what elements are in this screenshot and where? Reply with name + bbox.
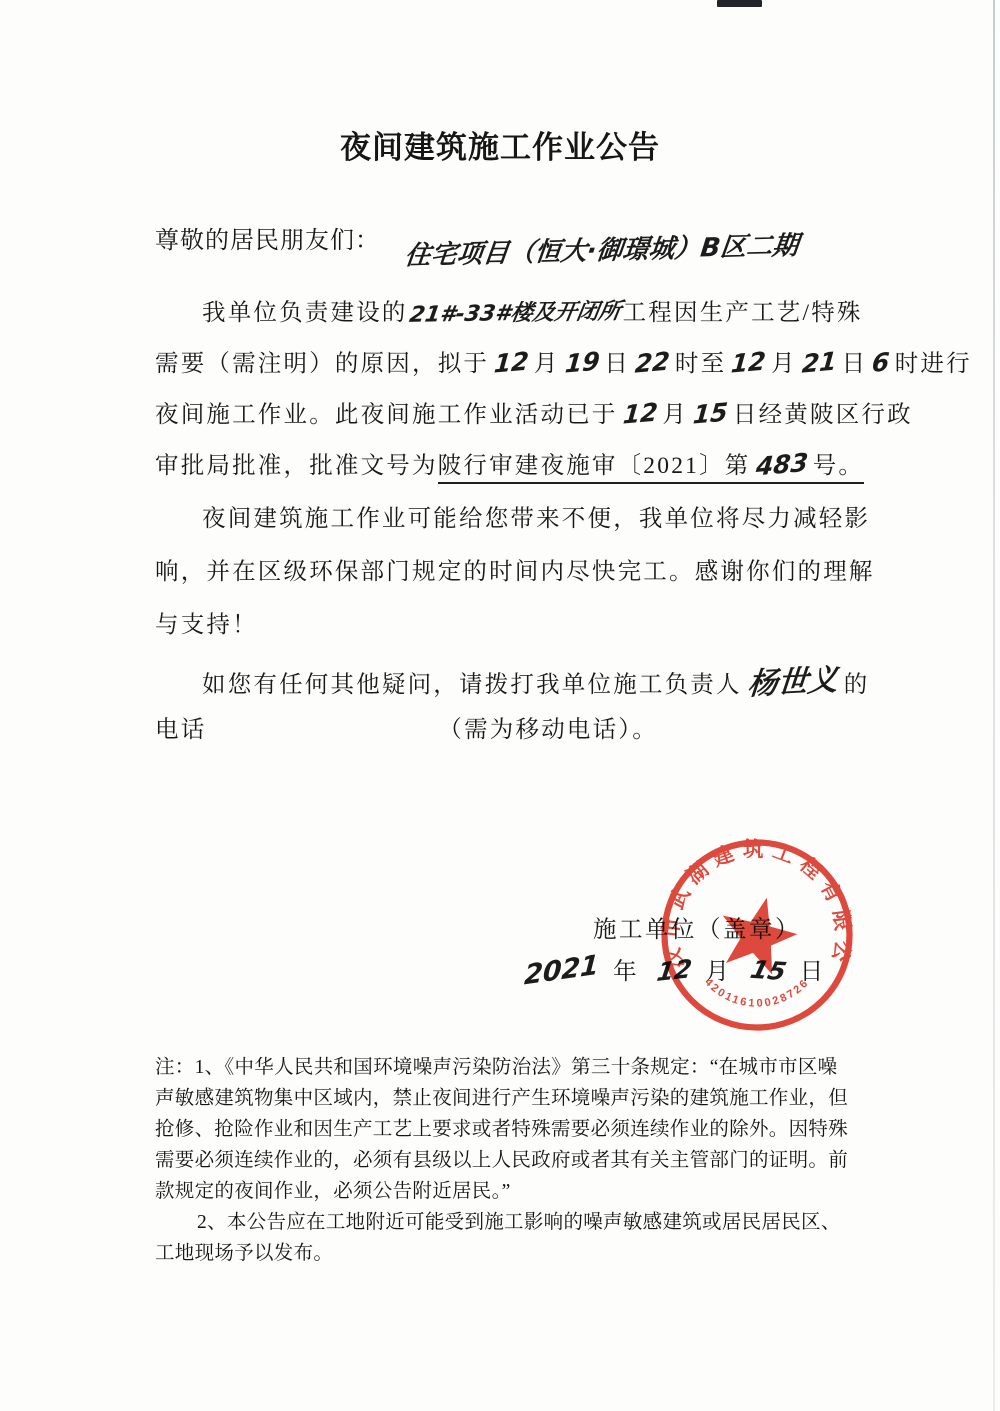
note-line-3: 抢修、抢险作业和因生产工艺上要求或者特殊需要必须连续作业的除外。因特殊 (155, 1114, 848, 1145)
handwritten-end-month: 12 (730, 346, 767, 378)
svg-text:42011610028726: 42011610028726 (702, 976, 812, 1010)
handwritten-approval-day: 15 (692, 397, 729, 429)
printed-text: 陂行审建夜施审〔2021〕第 (438, 453, 751, 479)
body-line-7: 与支持！ (155, 605, 258, 639)
seal-star-icon (712, 888, 804, 978)
handwritten-start-day: 19 (563, 346, 600, 378)
note-line-5: 款规定的夜间作业，必须公告附近居民。” (155, 1176, 848, 1207)
approval-document-number: 陂行审建夜施审〔2021〕第483号。 (438, 453, 864, 484)
note-line-1: 注：1、《中华人民共和国环境噪声污染防治法》第三十条规定：“在城市市区噪 (155, 1052, 848, 1083)
handwritten-end-day: 21 (801, 346, 838, 378)
document-title: 夜间建筑施工作业公告 (0, 122, 1000, 167)
printed-text: 与支持！ (155, 612, 258, 638)
body-line-5: 夜间建筑施工作业可能给您带来不便，我单位将尽力减轻影 (155, 499, 870, 533)
handwritten-start-month: 12 (493, 346, 530, 378)
footnotes: 注：1、《中华人民共和国环境噪声污染防治法》第三十条规定：“在城市市区噪 声敏感… (155, 1052, 848, 1269)
printed-text: 日经黄陂区行政 (733, 402, 913, 428)
body-line-4: 审批局批准，批准文号为陂行审建夜施审〔2021〕第483号。 (155, 446, 864, 480)
scan-edge-line (993, 0, 995, 1411)
document-page: 夜间建筑施工作业公告 尊敬的居民朋友们： 住宅项目（恒大·御璟城）B区二期 我单… (0, 0, 1000, 1411)
note-line-2: 声敏感建筑物集中区域内，禁止夜间进行产生环境噪声污染的建筑施工作业，但 (155, 1083, 848, 1114)
body-line-6: 响，并在区级环保部门规定的时间内尽快完工。感谢你们的理解 (155, 552, 875, 586)
printed-text: 电话 (155, 717, 206, 743)
printed-text: 审批局批准，批准文号为 (155, 453, 438, 479)
printed-text: 如您有任何其他疑问，请拨打我单位施工负责人 (202, 672, 742, 698)
note-line-4: 需要必须连续作业的，必须有县级以上人民政府或者其有关主管部门的证明。前 (155, 1145, 848, 1176)
printed-text: 工程因生产工艺/特殊 (623, 300, 863, 326)
seal-registration-number: 42011610028726 (702, 976, 812, 1010)
body-line-2: 需要（需注明）的原因，拟于12月19日22时至12月21日6时进行 (155, 344, 972, 378)
body-line-3: 夜间施工作业。此夜间施工作业活动已于12月15日经黄陂区行政 (155, 395, 913, 429)
printed-text: 响，并在区级环保部门规定的时间内尽快完工。感谢你们的理解 (155, 559, 875, 585)
scan-artifact-mark (717, 0, 762, 7)
printed-text: 月 (534, 351, 560, 377)
printed-text: 号。 (813, 453, 864, 479)
handwritten-project-name: 住宅项目（恒大·御璟城）B区二期 (403, 225, 801, 272)
handwritten-sign-year: 2021 (523, 949, 600, 991)
handwritten-doc-number: 483 (754, 448, 809, 482)
handwritten-manager-name: 杨世义 (746, 655, 840, 704)
printed-text: 的 (844, 672, 870, 698)
note-line-6: 2、本公告应在工地附近可能受到施工影响的噪声敏感建筑或居民居民区、 (155, 1207, 848, 1238)
printed-text: 夜间施工作业。此夜间施工作业活动已于 (155, 402, 618, 428)
printed-text: 我单位负责建设的 (202, 300, 408, 326)
handwritten-start-hour: 22 (634, 346, 671, 378)
printed-text: 夜间建筑施工作业可能给您带来不便，我单位将尽力减轻影 (202, 506, 870, 532)
printed-text: 月 (662, 402, 688, 428)
year-char: 年 (613, 959, 637, 985)
printed-text: （需为移动电话）。 (438, 717, 658, 743)
salutation: 尊敬的居民朋友们： (155, 220, 380, 255)
printed-text: 月 (771, 351, 797, 377)
printed-text: 时进行 (895, 351, 972, 377)
printed-text: 时至 (675, 351, 726, 377)
handwritten-building-scope: 21#-33#楼及开闭所 (407, 294, 623, 329)
printed-text: 日 (604, 351, 630, 377)
company-seal-stamp: 武汉市武湖建筑工程有限公司 42011610028726 (651, 829, 863, 1041)
handwritten-end-hour: 6 (871, 347, 891, 378)
note-line-7: 工地现场予以发布。 (155, 1238, 848, 1269)
handwritten-approval-month: 12 (621, 397, 658, 429)
body-line-8: 如您有任何其他疑问，请拨打我单位施工负责人杨世义的 (155, 657, 869, 701)
printed-text: 日 (842, 351, 868, 377)
printed-text: 需要（需注明）的原因，拟于 (155, 351, 489, 377)
body-line-9: 电话（需为移动电话）。 (155, 710, 658, 744)
body-line-1: 我单位负责建设的21#-33#楼及开闭所工程因生产工艺/特殊 (155, 293, 863, 327)
